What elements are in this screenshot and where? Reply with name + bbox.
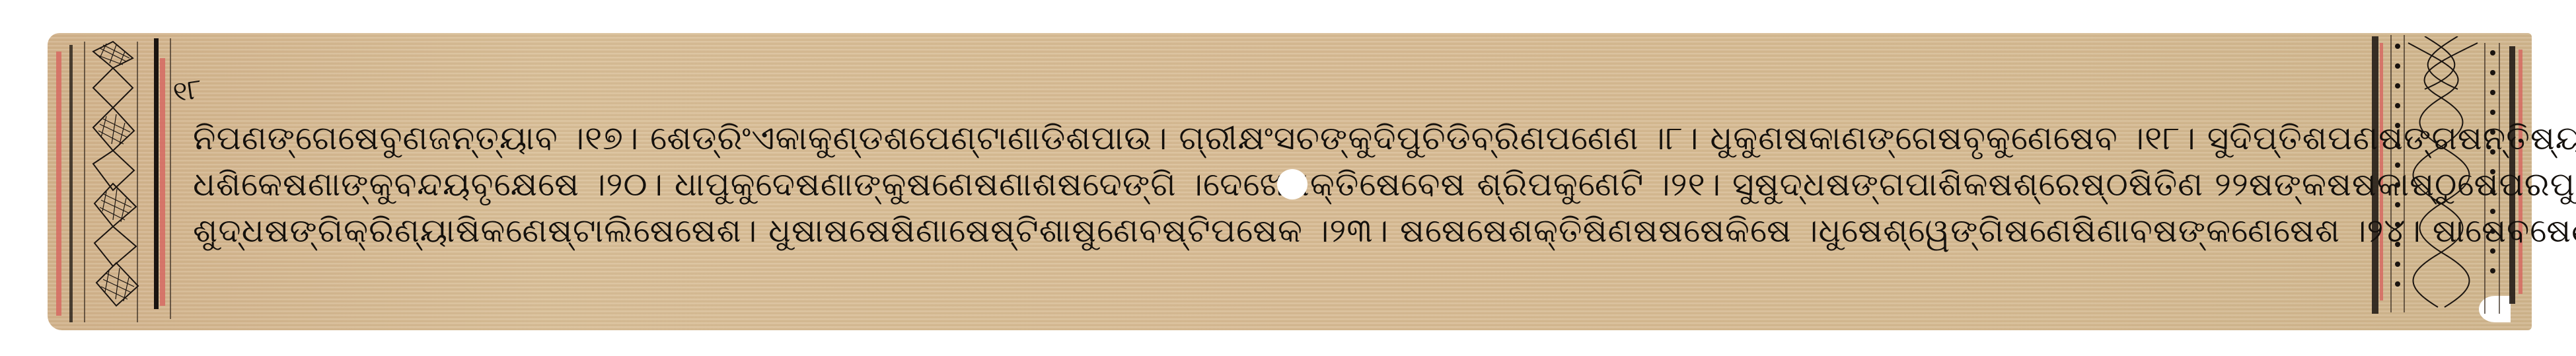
manuscript-text-line-2: ଧଶିକେଷଣାଙ୍କୁବନ୍ଦୟବୃକ୍ଷେଷେ ।୨୦। ଧାପୁକୁଦେଷ… [193, 165, 2576, 204]
diamond-lattice-icon [87, 38, 146, 322]
binding-hole [1277, 169, 1307, 199]
black-ruling-line [69, 45, 73, 322]
manuscript-text-line-3: ଶୁଦ୍ଧଷଙ୍ଗିକ୍ରିଣ୍ୟାଷିକଣେଷ୍ଟାଲିଷେଷେଶ। ଧୁଷା… [193, 211, 2576, 250]
black-ruling-line [154, 38, 159, 309]
folio-number: ୧୮ [171, 72, 204, 109]
manuscript-text-line-1: ନିପଣଙ୍ଗେଷେବୁଣଜନ୍ତ୍ୟାବ ।୧୭। ଶେଡ୍ରିଂଏକାକୁଣ… [193, 119, 2576, 158]
red-ruling-line [56, 52, 61, 316]
left-border-decoration [56, 38, 175, 326]
red-ruling-line [160, 58, 165, 306]
thin-ruling-line [84, 42, 85, 322]
